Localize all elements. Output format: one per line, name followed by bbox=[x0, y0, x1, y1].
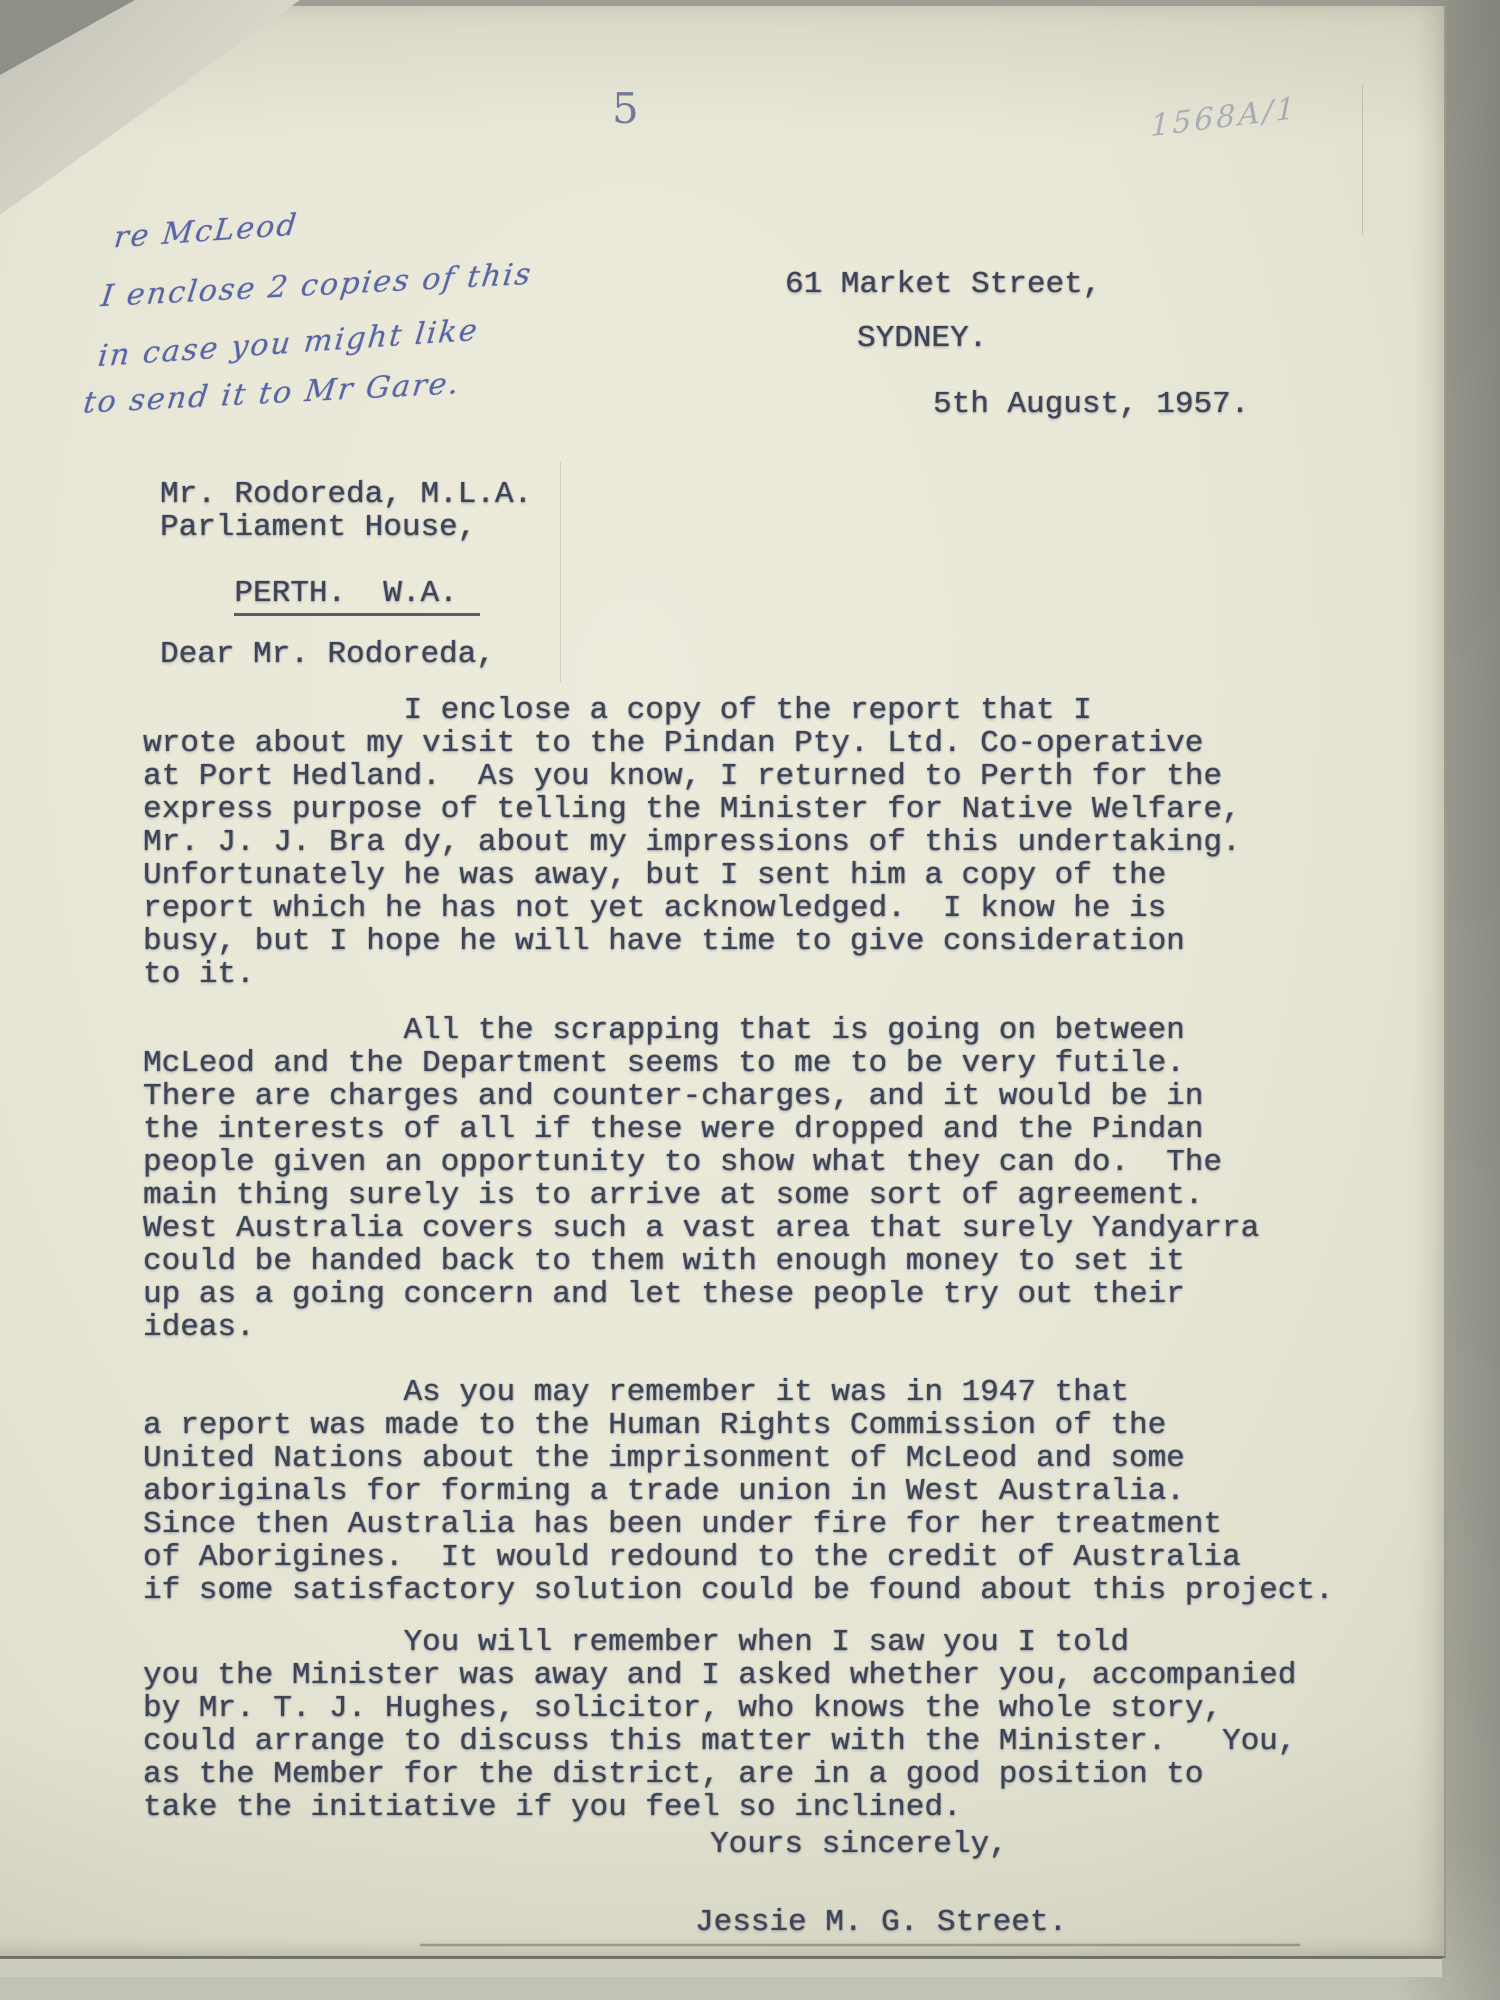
sender-city: SYDNEY. bbox=[857, 322, 987, 355]
recipient-name: Mr. Rodoreda, M.L.A. bbox=[160, 478, 532, 511]
paragraph-2: All the scrapping that is going on betwe… bbox=[143, 1014, 1259, 1344]
recipient-address: Parliament House, bbox=[160, 511, 476, 544]
recipient-city-text: PERTH. W.A. bbox=[234, 576, 479, 616]
paragraph-1: I enclose a copy of the report that I wr… bbox=[143, 694, 1241, 991]
recipient-city: PERTH. W.A. bbox=[160, 544, 480, 643]
underlying-sheet-edge bbox=[0, 1958, 1442, 1977]
salutation: Dear Mr. Rodoreda, bbox=[160, 638, 495, 671]
paper-bottom-crease bbox=[420, 1944, 1300, 1946]
letter-date: 5th August, 1957. bbox=[933, 388, 1249, 421]
signature: Jessie M. G. Street. bbox=[695, 1906, 1067, 1939]
sender-street: 61 Market Street, bbox=[785, 268, 1101, 301]
paragraph-3: As you may remember it was in 1947 that … bbox=[143, 1376, 1334, 1607]
paragraph-4: You will remember when I saw you I told … bbox=[143, 1626, 1296, 1824]
paper-crease bbox=[560, 462, 561, 682]
paper-edge-line bbox=[1362, 85, 1363, 235]
closing: Yours sincerely, bbox=[710, 1828, 1008, 1861]
page-number-annotation: 5 bbox=[612, 84, 639, 133]
